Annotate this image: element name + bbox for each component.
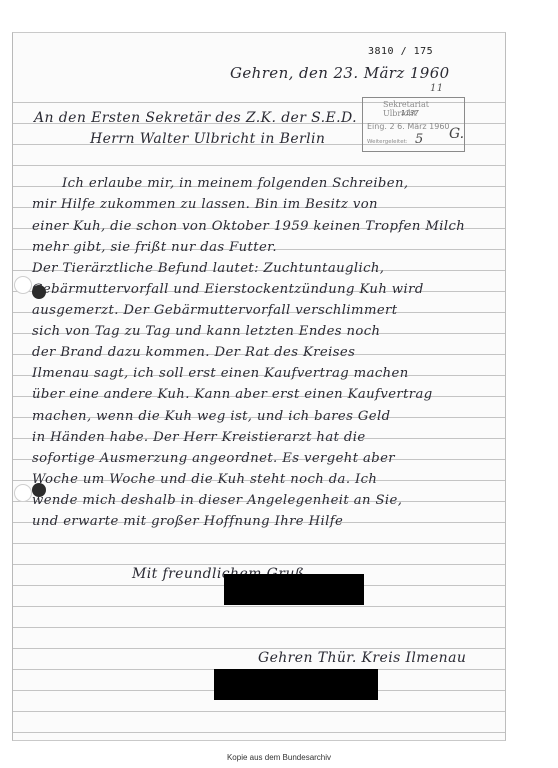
redacted-address [214, 669, 378, 700]
punch-hole [32, 483, 46, 497]
margin-annotation: 11 [430, 83, 444, 94]
letter-body-line: in Händen habe. Der Herr Kreistierarzt h… [32, 430, 366, 445]
stamp-date: Eing. 2 6. März 1960 [367, 122, 450, 131]
letter-body-line: mir Hilfe zukommen zu lassen. Bin im Bes… [32, 197, 378, 212]
letter-body-line: ausgemerzt. Der Gebärmuttervorfall versc… [32, 303, 397, 318]
stamp-initials: G. [449, 126, 464, 142]
letter-body-line: machen, wenn die Kuh weg ist, und ich ba… [32, 409, 390, 424]
address-line-1: An den Ersten Sekretär des Z.K. der S.E.… [34, 110, 357, 126]
archive-caption: Kopie aus dem Bundesarchiv [0, 753, 558, 762]
stamp-title: Sekretariat Ulbricht [383, 100, 464, 118]
letter-body-line: Woche um Woche und die Kuh steht noch da… [32, 472, 377, 487]
letter-body-line: Ilmenau sagt, ich soll erst einen Kaufve… [32, 366, 409, 381]
letter-body-line: Gebärmuttervorfall und Eierstockentzündu… [32, 282, 424, 297]
stamp-number: 1137 [401, 109, 419, 117]
punch-hole-ring [14, 276, 32, 294]
letter-body-line: Der Tierärztliche Befund lautet: Zuchtun… [32, 261, 384, 276]
punch-hole-ring [14, 484, 32, 502]
letter-body-line: wende mich deshalb in dieser Angelegenhe… [32, 493, 402, 508]
letter-body-line: sich von Tag zu Tag und kann letzten End… [32, 324, 380, 339]
stamp-handwritten-number: 5 [415, 132, 423, 147]
letter-body-line: mehr gibt, sie frißt nur das Futter. [32, 240, 277, 255]
receipt-stamp: Sekretariat Ulbricht 1137 Eing. 2 6. Mär… [362, 97, 465, 152]
sender-place: Gehren Thür. Kreis Ilmenau [258, 650, 466, 666]
punch-hole [32, 285, 46, 299]
letter-body-line: sofortige Ausmerzung angeordnet. Es verg… [32, 451, 395, 466]
letter-body-line: und erwarte mit großer Hoffnung Ihre Hil… [32, 514, 343, 529]
letter-body-line: über eine andere Kuh. Kann aber erst ein… [32, 387, 433, 402]
stamp-forwarded-label: Weitergeleitet: [367, 139, 408, 145]
letter-body-line: einer Kuh, die schon von Oktober 1959 ke… [32, 219, 465, 234]
redacted-signature [224, 574, 364, 605]
date-line: Gehren, den 23. März 1960 [230, 64, 450, 82]
letter-body-line: Ich erlaube mir, in meinem folgenden Sch… [62, 176, 408, 191]
archive-reference-number: 3810 / 175 [368, 46, 433, 57]
letter-body-line: der Brand dazu kommen. Der Rat des Kreis… [32, 345, 355, 360]
address-line-2: Herrn Walter Ulbricht in Berlin [90, 131, 325, 147]
